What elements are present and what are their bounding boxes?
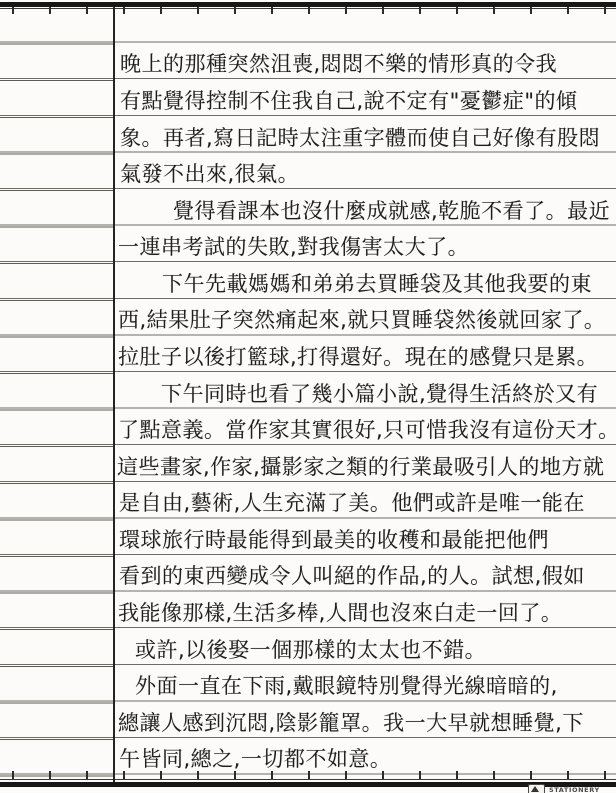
- handwritten-line: 拉肚子以後打籃球,打得還好。現在的感覺只是累。: [118, 342, 598, 373]
- handwritten-line: 這些畫家,作家,攝影家之類的行業最吸引人的地方就: [117, 452, 604, 483]
- handwritten-line: 晚上的那種突然沮喪,悶悶不樂的情形真的令我: [120, 49, 557, 80]
- margin-ruled-lines: [0, 8, 113, 777]
- handwritten-line: 看到的東西變成令人叫絕的作品,的人。試想,假如: [119, 561, 585, 592]
- handwritten-line: 了點意義。當作家其實很好,只可惜我沒有這份天才。像: [118, 415, 616, 446]
- brand-label: STATIONERY: [549, 786, 600, 793]
- bottom-border-thin: [0, 779, 616, 780]
- handwritten-line: 或許,以後娶一個那樣的太太也不錯。: [135, 635, 486, 666]
- top-tick-marks: [12, 7, 608, 14]
- handwritten-line: 下午同時也看了幾小篇小說,覺得生活終於又有: [161, 379, 598, 410]
- handwritten-line: 象。再者,寫日記時太注重字體而使自己好像有股悶: [120, 123, 600, 154]
- bottom-border: [0, 782, 616, 787]
- stationery-brandmark: STATIONERY: [528, 784, 600, 793]
- brand-logo-icon: [528, 784, 545, 793]
- handwritten-line: 下午先載媽媽和弟弟去買睡袋及其他我要的東: [162, 269, 592, 300]
- margin-divider-line: [113, 7, 115, 782]
- handwritten-line: 有點覺得控制不住我自己,說不定有"憂鬱症"的傾: [120, 86, 578, 117]
- handwritten-line: 是自由,藝術,人生充滿了美。他們或許是唯一能在: [119, 488, 585, 519]
- handwritten-line: 覺得看課本也沒什麼成就感,乾脆不看了。最近: [173, 196, 610, 227]
- handwritten-line: 總讓人感到沉悶,陰影籠罩。我一大早就想睡覺,下: [118, 708, 584, 739]
- notebook-page: 晚上的那種突然沮喪,悶悶不樂的情形真的令我 有點覺得控制不住我自己,說不定有"憂…: [0, 0, 616, 793]
- handwritten-line: 環球旅行時最能得到最美的收穫和最能把他們: [119, 525, 549, 556]
- handwritten-line: 我能像那樣,生活多棒,人間也沒來白走一回了。: [118, 598, 562, 629]
- handwritten-line: 氣發不出來,很氣。: [120, 159, 299, 190]
- handwritten-line: 西,結果肚子突然痛起來,就只買睡袋然後就回家了。: [118, 305, 605, 336]
- handwritten-line: 外面一直在下雨,戴眼鏡特別覺得光線暗暗的,: [135, 671, 558, 702]
- handwritten-line: 午皆同,總之,一切都不如意。: [119, 744, 391, 775]
- handwritten-line: 一連串考試的失敗,對我傷害太大了。: [118, 232, 469, 263]
